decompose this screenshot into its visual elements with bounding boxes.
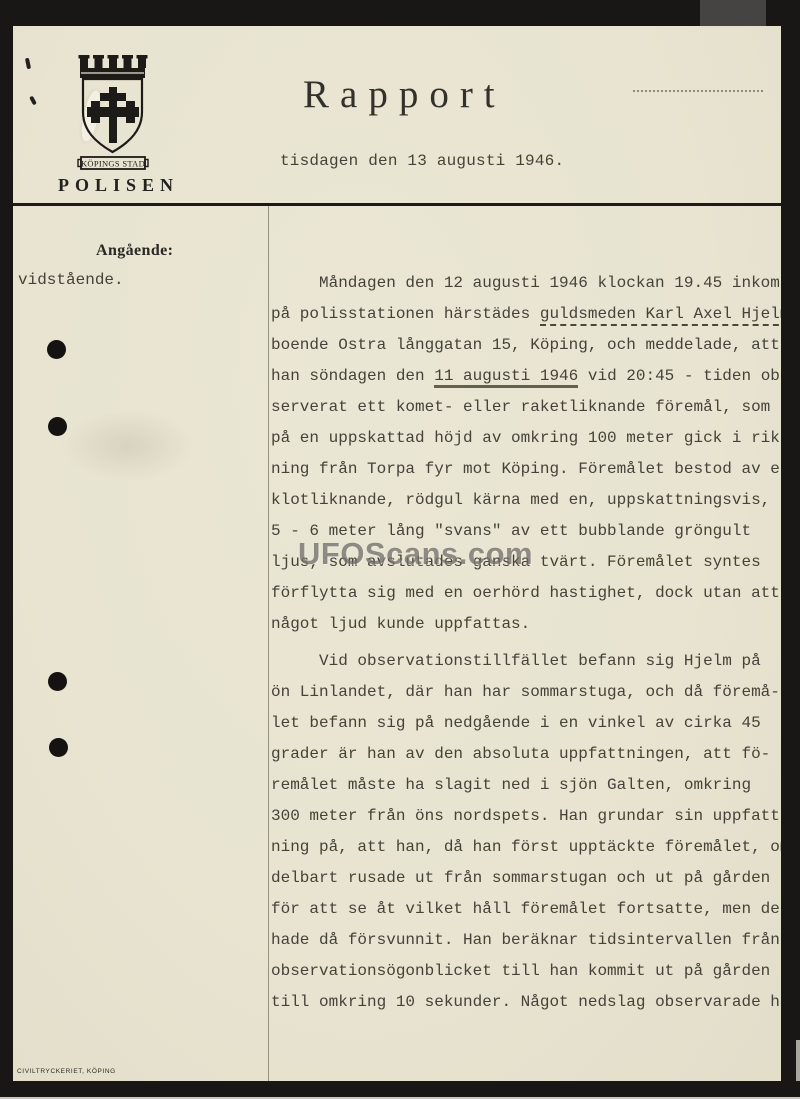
- body-line: något ljud kunde uppfattas.: [271, 609, 782, 640]
- text-segment: förflytta sig med en oerhörd hastighet, …: [271, 584, 780, 602]
- text-segment: remålet måste ha slagit ned i sjön Galte…: [271, 776, 751, 794]
- punch-hole: [47, 340, 66, 359]
- body-line: han söndagen den 11 augusti 1946 vid 20:…: [271, 361, 782, 392]
- text-segment: klotliknande, rödgul kärna med en, uppsk…: [271, 491, 770, 509]
- ink-bleedthrough-smudge: [40, 398, 215, 493]
- text-segment: hade då försvunnit. Han beräknar tidsint…: [271, 931, 780, 949]
- dotted-fill-line: [633, 90, 763, 92]
- body-line: för att se åt vilket håll föremålet fort…: [271, 894, 782, 925]
- body-line: Vid observationstillfället befann sig Hj…: [271, 646, 782, 677]
- text-segment: han söndagen den: [271, 367, 434, 385]
- text-segment: Vid observationstillfället befann sig Hj…: [319, 652, 761, 670]
- body-line: klotliknande, rödgul kärna med en, uppsk…: [271, 485, 782, 516]
- printer-credit: CIVILTRYCKERIET, KÖPING: [17, 1068, 116, 1075]
- body-line: remålet måste ha slagit ned i sjön Galte…: [271, 770, 782, 801]
- text-segment: serverat ett komet- eller raketliknande …: [271, 398, 770, 416]
- scan-edge-left: [0, 0, 13, 1099]
- body-line: Måndagen den 12 augusti 1946 klockan 19.…: [271, 268, 782, 299]
- body-line: 300 meter från öns nordspets. Han grunda…: [271, 801, 782, 832]
- text-segment: vid 20:45 - tiden ob-: [578, 367, 782, 385]
- text-segment: grader är han av den absoluta uppfattnin…: [271, 745, 770, 763]
- coat-of-arms: KÖPINGS STAD: [60, 40, 170, 180]
- text-segment: boende Ostra långgatan 15, Köping, och m…: [271, 336, 780, 354]
- text-segment: ning från Torpa fyr mot Köping. Föremåle…: [271, 460, 782, 478]
- ink-speck: [29, 96, 37, 106]
- body-line: på en uppskattad höjd av omkring 100 met…: [271, 423, 782, 454]
- crest-banner: KÖPINGS STAD: [78, 157, 148, 169]
- body-line: delbart rusade ut från sommarstugan och …: [271, 863, 782, 894]
- paragraph-1: Måndagen den 12 augusti 1946 klockan 19.…: [271, 268, 782, 640]
- text-segment: let befann sig på nedgående i en vinkel …: [271, 714, 761, 732]
- body-line: grader är han av den absoluta uppfattnin…: [271, 739, 782, 770]
- scan-edge-right: [781, 0, 800, 1099]
- crest-banner-text: KÖPINGS STAD: [81, 159, 145, 169]
- org-name: POLISEN: [58, 175, 179, 196]
- watermark: UFOScans.com: [298, 536, 533, 572]
- scan-edge-top: [0, 0, 800, 26]
- text-segment: ön Linlandet, där han har sommarstuga, o…: [271, 683, 780, 701]
- text-segment: observationsögonblicket till han kommit …: [271, 962, 770, 980]
- punch-hole: [48, 672, 67, 691]
- body-line: hade då försvunnit. Han beräknar tidsint…: [271, 925, 782, 956]
- text-segment: ning på, att han, då han först upptäckte…: [271, 838, 782, 856]
- body-line: ning på, att han, då han först upptäckte…: [271, 832, 782, 863]
- text-segment: för att se åt vilket håll föremålet fort…: [271, 900, 782, 918]
- scanned-report-page: KÖPINGS STAD POLISEN Rapport tisdagen de…: [0, 0, 800, 1099]
- body-line: till omkring 10 sekunder. Något nedslag …: [271, 987, 782, 1018]
- ink-speck: [25, 58, 31, 70]
- body-line: förflytta sig med en oerhörd hastighet, …: [271, 578, 782, 609]
- underlined-reporter-name: guldsmeden Karl Axel Hjelm: [540, 305, 782, 326]
- header-rule: [13, 203, 781, 206]
- body-line: på polisstationen härstädes guldsmeden K…: [271, 299, 782, 330]
- text-segment: 300 meter från öns nordspets. Han grunda…: [271, 807, 782, 825]
- report-title: Rapport: [303, 72, 506, 117]
- crest-crown: [79, 55, 148, 78]
- text-segment: något ljud kunde uppfattas.: [271, 615, 530, 633]
- body-line: boende Ostra långgatan 15, Köping, och m…: [271, 330, 782, 361]
- column-divider-rule: [268, 206, 269, 1081]
- subject-value: vidstående.: [18, 271, 124, 289]
- punch-hole: [48, 417, 67, 436]
- punch-hole: [49, 738, 68, 757]
- report-body: Måndagen den 12 augusti 1946 klockan 19.…: [271, 268, 782, 1018]
- scan-edge-top-light-patch: [700, 0, 766, 26]
- text-segment: Måndagen den 12 augusti 1946 klockan 19.…: [319, 274, 780, 292]
- scan-edge-bottom: [0, 1081, 800, 1097]
- crest-cross: [87, 87, 139, 143]
- body-line: let befann sig på nedgående i en vinkel …: [271, 708, 782, 739]
- report-date: tisdagen den 13 augusti 1946.: [280, 152, 564, 170]
- underlined-date: 11 augusti 1946: [434, 367, 578, 388]
- text-segment: till omkring 10 sekunder. Något nedslag …: [271, 993, 782, 1011]
- body-line: ön Linlandet, där han har sommarstuga, o…: [271, 677, 782, 708]
- subject-label: Angående:: [96, 242, 173, 260]
- body-line: observationsögonblicket till han kommit …: [271, 956, 782, 987]
- body-line: serverat ett komet- eller raketliknande …: [271, 392, 782, 423]
- body-line: ning från Torpa fyr mot Köping. Föremåle…: [271, 454, 782, 485]
- text-segment: på polisstationen härstädes: [271, 305, 540, 323]
- paragraph-2: Vid observationstillfället befann sig Hj…: [271, 646, 782, 1018]
- text-segment: delbart rusade ut från sommarstugan och …: [271, 869, 770, 887]
- text-segment: på en uppskattad höjd av omkring 100 met…: [271, 429, 782, 447]
